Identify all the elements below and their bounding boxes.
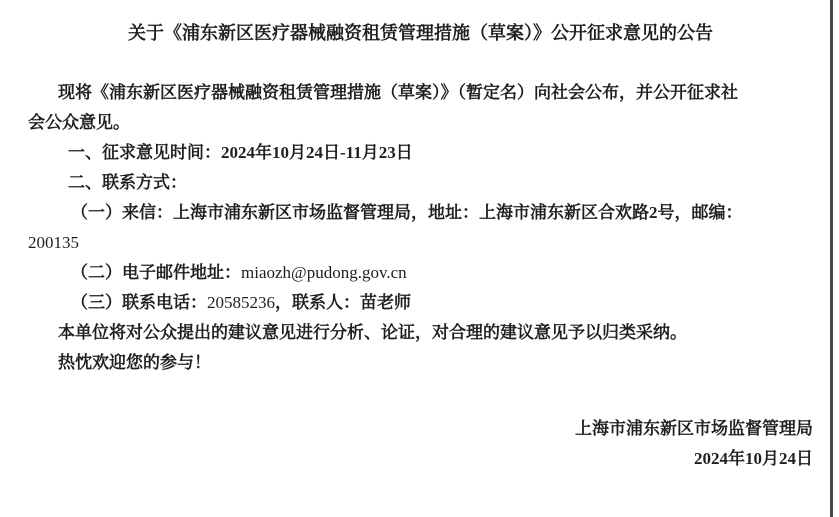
signature-block: 上海市浦东新区市场监督管理局 2024年10月24日 (28, 414, 813, 474)
contact-phone-label: （三）联系电话： (71, 293, 207, 312)
contact-person: ，联系人：苗老师 (275, 293, 411, 312)
item-contact-methods: 二、联系方式： (28, 168, 813, 198)
item-consultation-period: 一、征求意见时间：2024年10月24日-11月23日 (28, 138, 813, 168)
intro-paragraph-line2: 会公众意见。 (28, 108, 813, 138)
intro-paragraph-line1: 现将《浦东新区医疗器械融资租赁管理措施（草案）》（暂定名）向社会公布，并公开征求… (28, 78, 813, 108)
contact-email-line: （二）电子邮件地址：miaozh@pudong.gov.cn (28, 258, 813, 288)
closing-paragraph: 本单位将对公众提出的建议意见进行分析、论证，对合理的建议意见予以归类采纳。 (28, 318, 813, 348)
contact-email-label: （二）电子邮件地址： (71, 263, 241, 282)
contact-mail-postcode: 200135 (28, 228, 813, 258)
contact-mail-line1: （一）来信：上海市浦东新区市场监督管理局，地址：上海市浦东新区合欢路2号，邮编： (28, 198, 813, 228)
signature-date: 2024年10月24日 (28, 444, 813, 474)
contact-phone-number: 20585236 (207, 293, 275, 312)
contact-phone-line: （三）联系电话：20585236，联系人：苗老师 (28, 288, 813, 318)
page-title: 关于《浦东新区医疗器械融资租赁管理措施（草案）》公开征求意见的公告 (28, 18, 813, 48)
announcement-document: 关于《浦东新区医疗器械融资租赁管理措施（草案）》公开征求意见的公告 现将《浦东新… (0, 0, 839, 517)
window-right-border (830, 0, 833, 517)
contact-mail-text: （一）来信：上海市浦东新区市场监督管理局，地址：上海市浦东新区合欢路2号，邮编： (71, 203, 743, 222)
signature-organization: 上海市浦东新区市场监督管理局 (28, 414, 813, 444)
welcome-paragraph: 热忱欢迎您的参与！ (28, 348, 813, 378)
contact-email-address: miaozh@pudong.gov.cn (241, 263, 407, 282)
